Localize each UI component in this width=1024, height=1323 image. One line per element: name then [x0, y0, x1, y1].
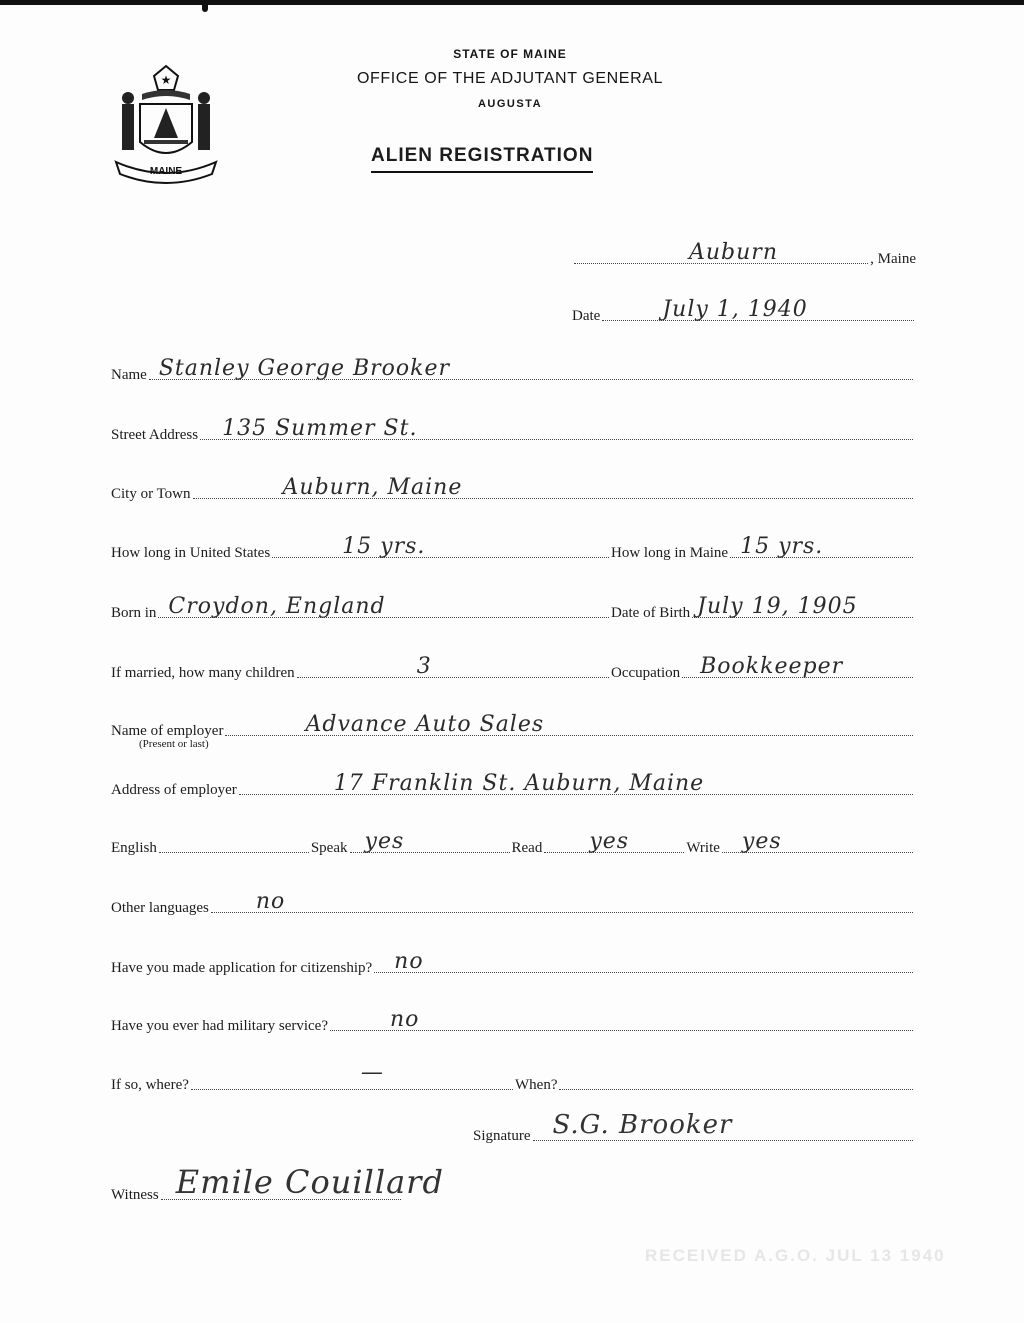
- when-label: When?: [515, 1077, 557, 1094]
- children-value: 3: [417, 654, 432, 679]
- read-value: yes: [589, 829, 629, 854]
- us-years-label: How long in United States: [111, 545, 270, 562]
- office-heading: OFFICE OF THE ADJUTANT GENERAL: [340, 70, 680, 88]
- when-field[interactable]: When?: [515, 1072, 915, 1094]
- children-label: If married, how many children: [111, 665, 295, 682]
- street-field[interactable]: Street Address 135 Summer St.: [111, 422, 915, 444]
- street-label: Street Address: [111, 427, 198, 444]
- signature-label: Signature: [473, 1128, 531, 1145]
- svg-text:MAINE: MAINE: [150, 166, 183, 177]
- where-value: —: [361, 1060, 384, 1085]
- date-field[interactable]: Date July 1, 1940: [572, 303, 916, 325]
- where-label: If so, where?: [111, 1077, 189, 1094]
- read-label: Read: [512, 840, 543, 857]
- born-in-value: Croydon, England: [168, 594, 385, 619]
- where-field[interactable]: If so, where? —: [111, 1072, 515, 1094]
- employer-address-label: Address of employer: [111, 782, 237, 799]
- maine-seal-icon: ★ MAINE: [112, 64, 220, 186]
- signature-field[interactable]: Signature S.G. Brooker: [473, 1123, 915, 1145]
- citizenship-label: Have you made application for citizenshi…: [111, 960, 372, 977]
- city-field[interactable]: City or Town Auburn, Maine: [111, 481, 915, 503]
- state-heading: STATE OF MAINE: [340, 47, 680, 61]
- city-label: City or Town: [111, 486, 191, 503]
- other-languages-field[interactable]: Other languages no: [111, 895, 915, 917]
- name-label: Name: [111, 367, 147, 384]
- dob-label: Date of Birth: [611, 605, 690, 622]
- employer-value: Advance Auto Sales: [305, 712, 544, 737]
- svg-text:★: ★: [161, 73, 172, 87]
- write-value: yes: [742, 829, 782, 854]
- employer-field[interactable]: Name of employer Advance Auto Sales: [111, 718, 915, 740]
- us-years-value: 15 yrs.: [342, 534, 425, 559]
- citizenship-value: no: [394, 949, 423, 974]
- date-value: July 1, 1940: [662, 297, 807, 322]
- english-label: English: [111, 840, 157, 857]
- employer-address-field[interactable]: Address of employer 17 Franklin St. Aubu…: [111, 777, 915, 799]
- scan-edge: [0, 0, 1024, 5]
- witness-label: Witness: [111, 1187, 159, 1204]
- place-value: Auburn: [689, 240, 778, 265]
- city-heading: AUGUSTA: [340, 98, 680, 110]
- military-value: no: [390, 1007, 419, 1032]
- name-field[interactable]: Name Stanley George Brooker: [111, 362, 915, 384]
- employer-address-value: 17 Franklin St. Auburn, Maine: [334, 771, 704, 796]
- scan-mark: [202, 0, 208, 12]
- name-value: Stanley George Brooker: [159, 356, 450, 381]
- speak-value: yes: [365, 829, 405, 854]
- witness-value: Emile Couillard: [176, 1163, 444, 1201]
- street-value: 135 Summer St.: [222, 416, 417, 441]
- witness-field[interactable]: Witness Emile Couillard: [111, 1182, 531, 1204]
- write-label: Write: [686, 840, 720, 857]
- signature-value: S.G. Brooker: [553, 1110, 733, 1140]
- occupation-value: Bookkeeper: [700, 654, 843, 679]
- place-suffix: , Maine: [870, 251, 916, 268]
- maine-years-value: 15 yrs.: [740, 534, 823, 559]
- occupation-field[interactable]: Occupation Bookkeeper: [611, 660, 915, 682]
- born-in-label: Born in: [111, 605, 156, 622]
- maine-years-field[interactable]: How long in Maine 15 yrs.: [611, 540, 915, 562]
- speak-label: Speak: [311, 840, 348, 857]
- city-value: Auburn, Maine: [283, 475, 463, 500]
- other-languages-label: Other languages: [111, 900, 209, 917]
- citizenship-field[interactable]: Have you made application for citizenshi…: [111, 955, 915, 977]
- maine-years-label: How long in Maine: [611, 545, 728, 562]
- military-label: Have you ever had military service?: [111, 1018, 328, 1035]
- us-years-field[interactable]: How long in United States 15 yrs.: [111, 540, 611, 562]
- employer-sublabel: (Present or last): [139, 738, 209, 750]
- english-field[interactable]: English Speak yes Read yes Write yes: [111, 835, 915, 857]
- date-label: Date: [572, 308, 600, 325]
- born-in-field[interactable]: Born in Croydon, England: [111, 600, 611, 622]
- place-field[interactable]: Auburn , Maine: [572, 246, 916, 268]
- occupation-label: Occupation: [611, 665, 680, 682]
- children-field[interactable]: If married, how many children 3: [111, 660, 611, 682]
- dob-value: July 19, 1905: [697, 594, 857, 619]
- dob-field[interactable]: Date of Birth July 19, 1905: [611, 600, 915, 622]
- received-stamp: RECEIVED A.G.O. JUL 13 1940: [645, 1246, 946, 1266]
- military-field[interactable]: Have you ever had military service? no: [111, 1013, 915, 1035]
- form-title: ALIEN REGISTRATION: [371, 145, 593, 173]
- other-languages-value: no: [256, 889, 285, 914]
